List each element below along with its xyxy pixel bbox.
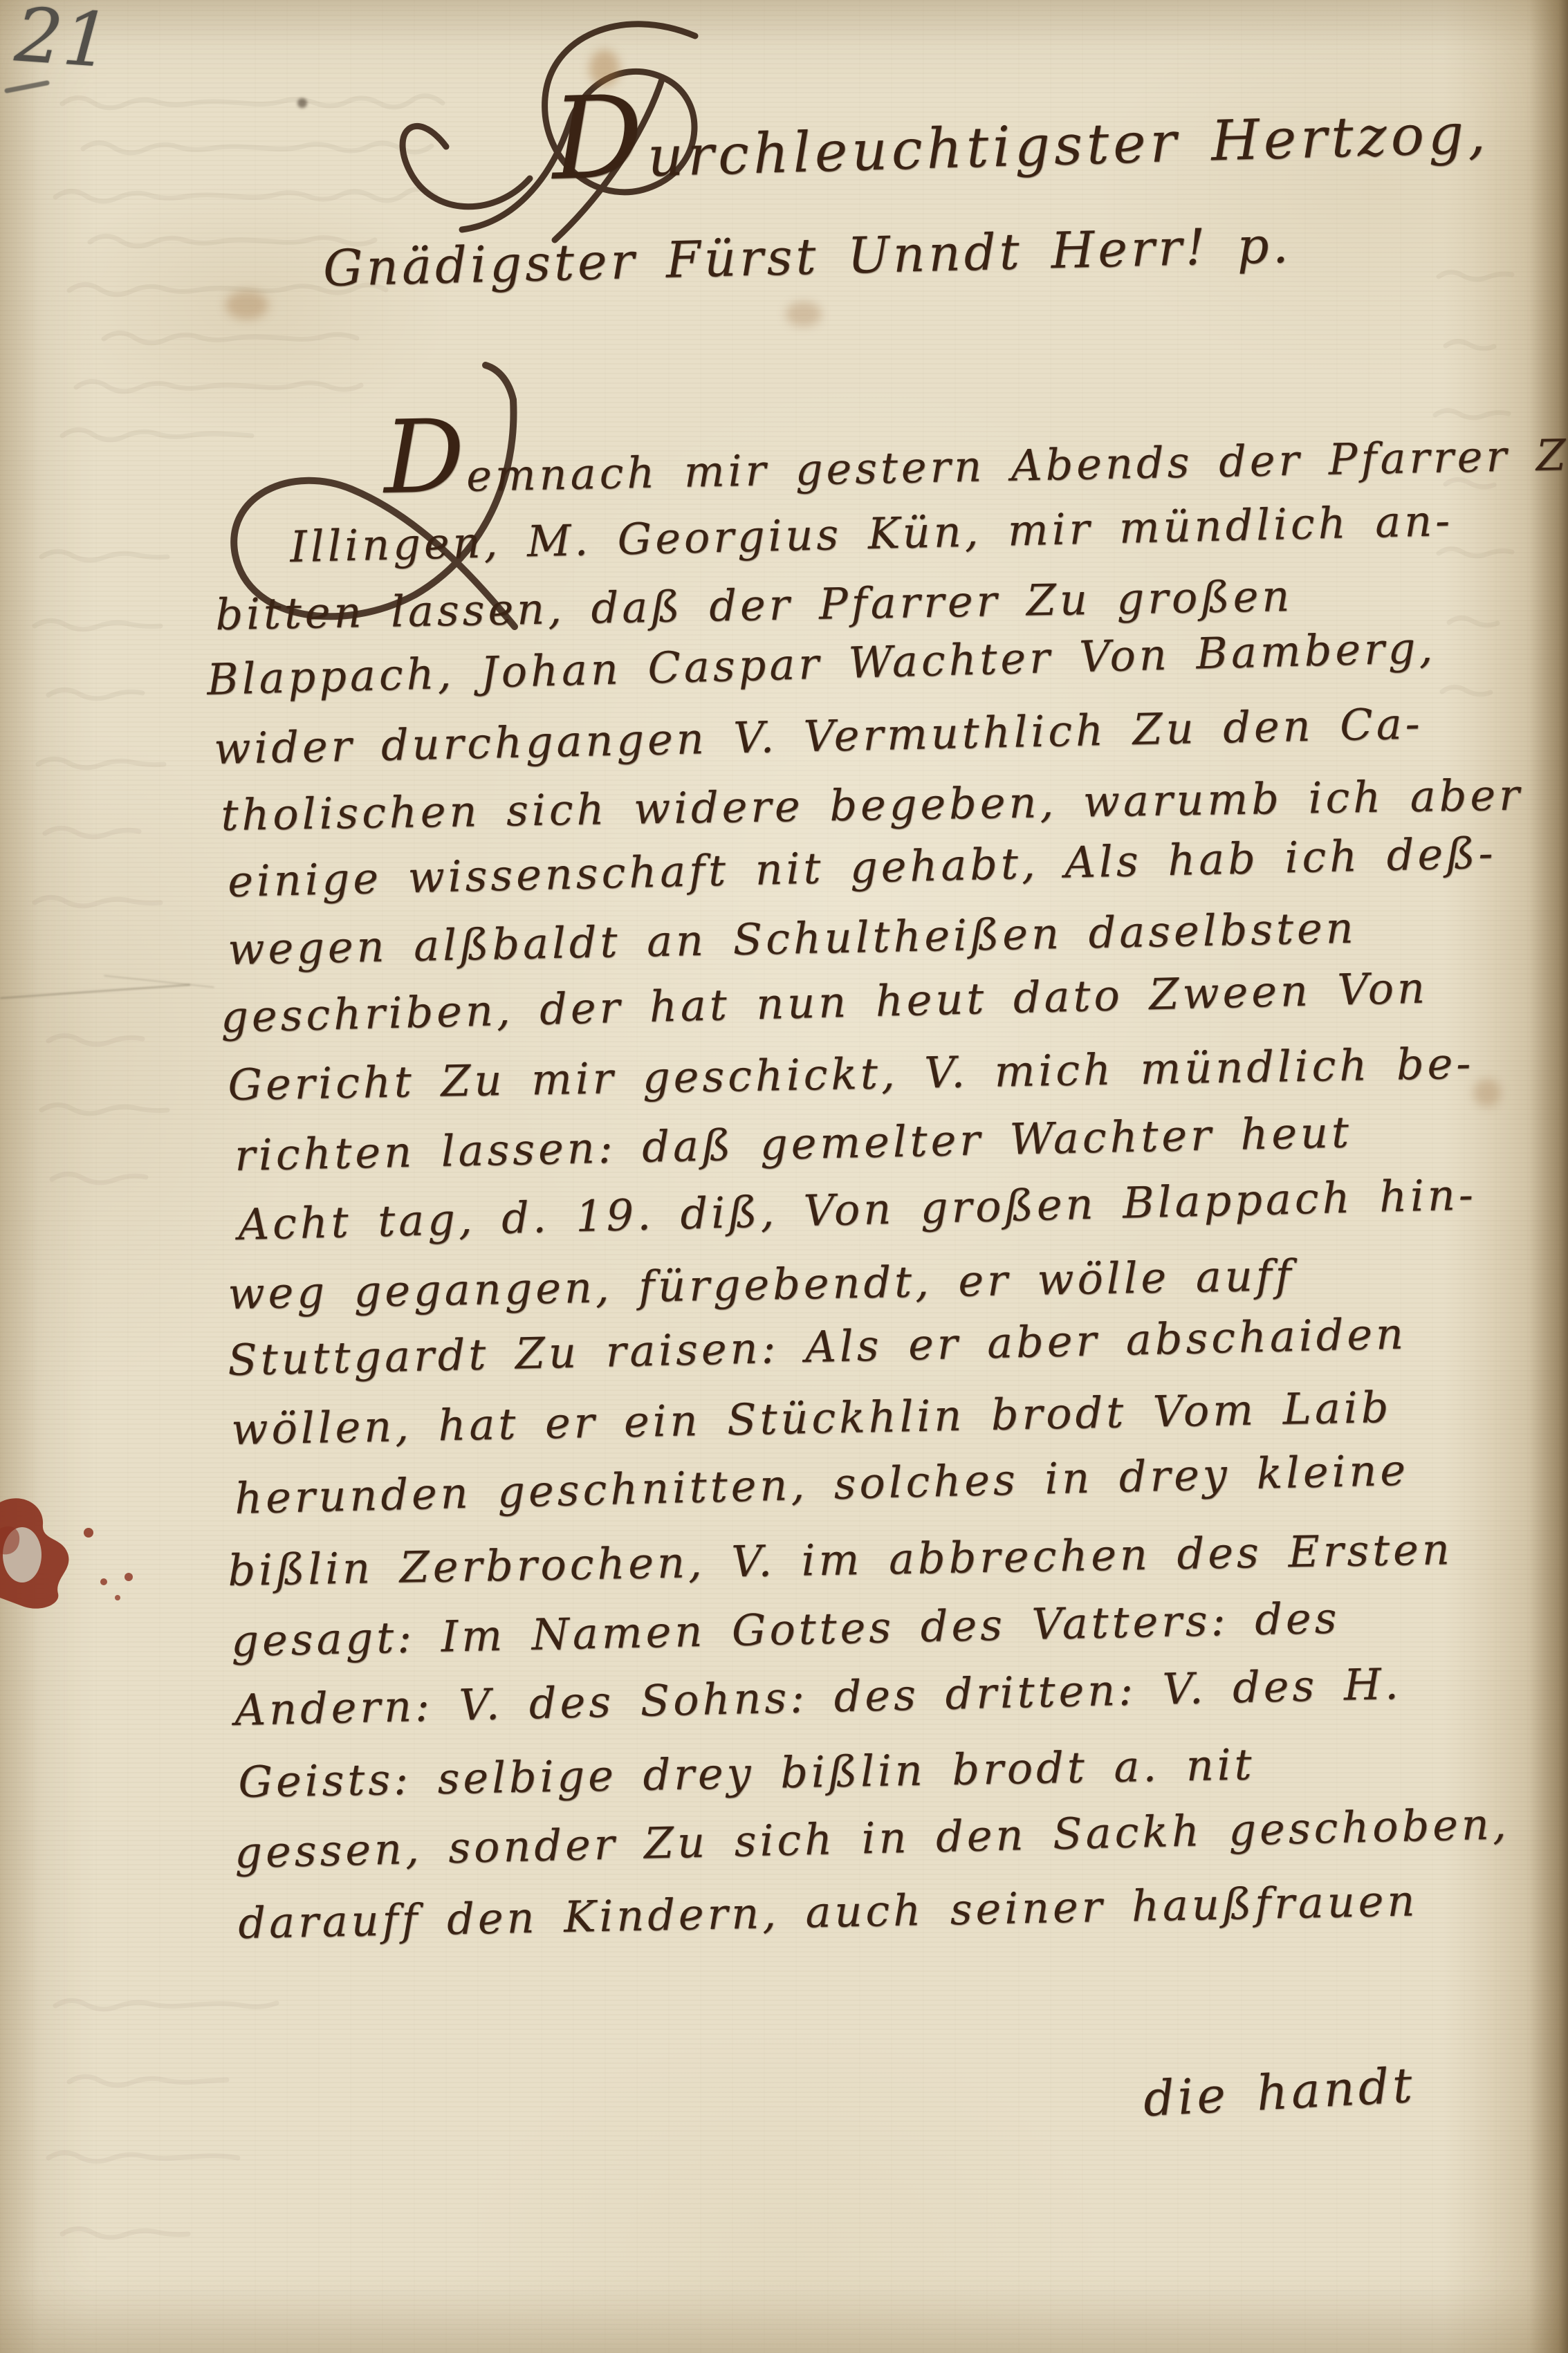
ink-spot [297, 98, 307, 108]
wax-seal-remnant [0, 1487, 159, 1667]
foxing-stain [1473, 1079, 1501, 1107]
manuscript-page: 21 Durchleuchtigster Hertzog, Gnädigster… [0, 0, 1568, 2353]
closing-note: die handt [1142, 2060, 1417, 2123]
foxing-stain [225, 290, 268, 320]
foxing-stain [786, 302, 822, 326]
foxing-stain [589, 50, 620, 87]
